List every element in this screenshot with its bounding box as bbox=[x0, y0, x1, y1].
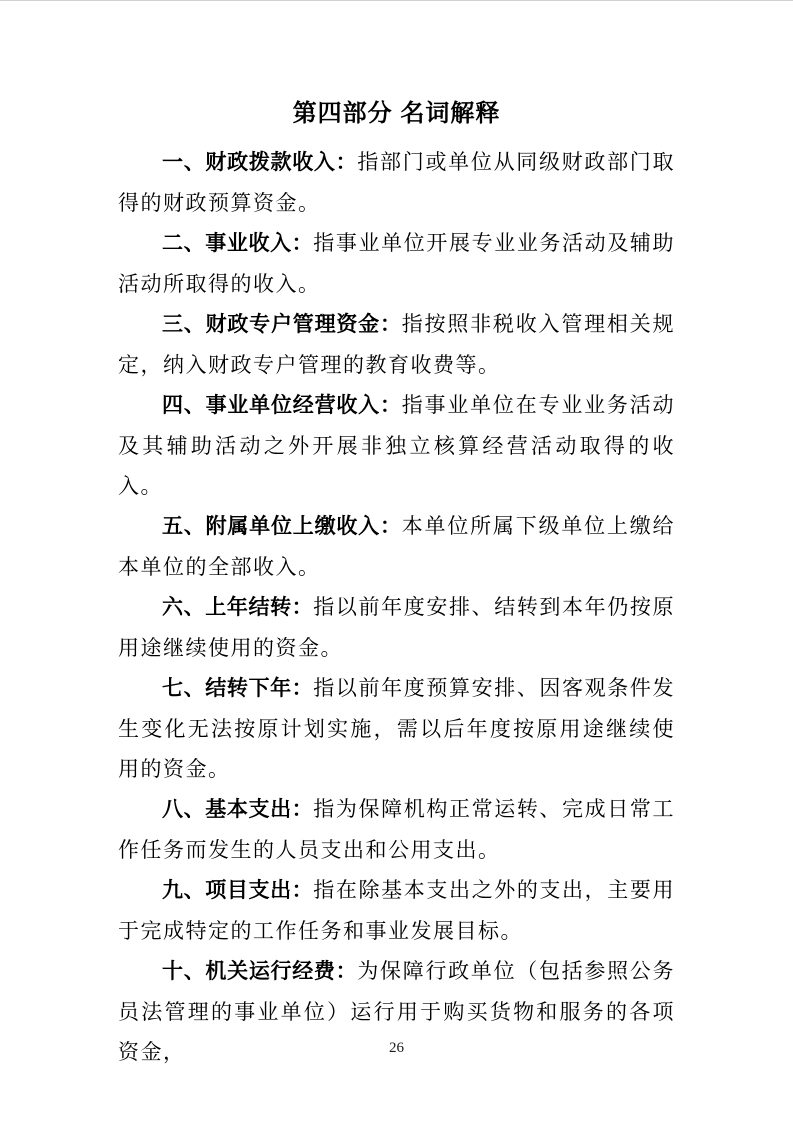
glossary-entry-2: 二、事业收入：指事业单位开展专业业务活动及辅助活动所取得的收入。 bbox=[118, 223, 675, 304]
term-label: 六、上年结转： bbox=[162, 596, 313, 619]
glossary-entry-9: 九、项目支出：指在除基本支出之外的支出，主要用于完成特定的工作任务和事业发展目标… bbox=[118, 870, 675, 951]
glossary-entry-5: 五、附属单位上缴收入：本单位所属下级单位上缴给本单位的全部收入。 bbox=[118, 506, 675, 587]
term-label: 一、财政拨款收入： bbox=[162, 151, 357, 174]
glossary-entry-7: 七、结转下年：指以前年度预算安排、因客观条件发生变化无法按原计划实施，需以后年度… bbox=[118, 668, 675, 789]
page-number: 26 bbox=[0, 1038, 793, 1058]
term-label: 九、项目支出： bbox=[162, 879, 313, 902]
term-label: 四、事业单位经营收入： bbox=[162, 394, 402, 417]
glossary-entry-3: 三、财政专户管理资金：指按照非税收入管理相关规定，纳入财政专户管理的教育收费等。 bbox=[118, 304, 675, 385]
glossary-entry-6: 六、上年结转：指以前年度安排、结转到本年仍按原用途继续使用的资金。 bbox=[118, 587, 675, 668]
glossary-entry-8: 八、基本支出：指为保障机构正常运转、完成日常工作任务而发生的人员支出和公用支出。 bbox=[118, 789, 675, 870]
document-page: 第四部分 名词解释 一、财政拨款收入：指部门或单位从同级财政部门取得的财政预算资… bbox=[0, 0, 793, 1122]
term-label: 七、结转下年： bbox=[162, 677, 313, 700]
glossary-entry-1: 一、财政拨款收入：指部门或单位从同级财政部门取得的财政预算资金。 bbox=[118, 142, 675, 223]
term-label: 五、附属单位上缴收入： bbox=[162, 515, 402, 538]
section-title: 第四部分 名词解释 bbox=[118, 97, 675, 130]
term-label: 八、基本支出： bbox=[162, 798, 313, 821]
term-label: 三、财政专户管理资金： bbox=[162, 313, 402, 336]
term-label: 十、机关运行经费： bbox=[162, 960, 357, 983]
glossary-entry-4: 四、事业单位经营收入：指事业单位在专业业务活动及其辅助活动之外开展非独立核算经营… bbox=[118, 385, 675, 506]
term-label: 二、事业收入： bbox=[162, 232, 313, 255]
glossary-content: 一、财政拨款收入：指部门或单位从同级财政部门取得的财政预算资金。 二、事业收入：… bbox=[118, 142, 675, 1072]
